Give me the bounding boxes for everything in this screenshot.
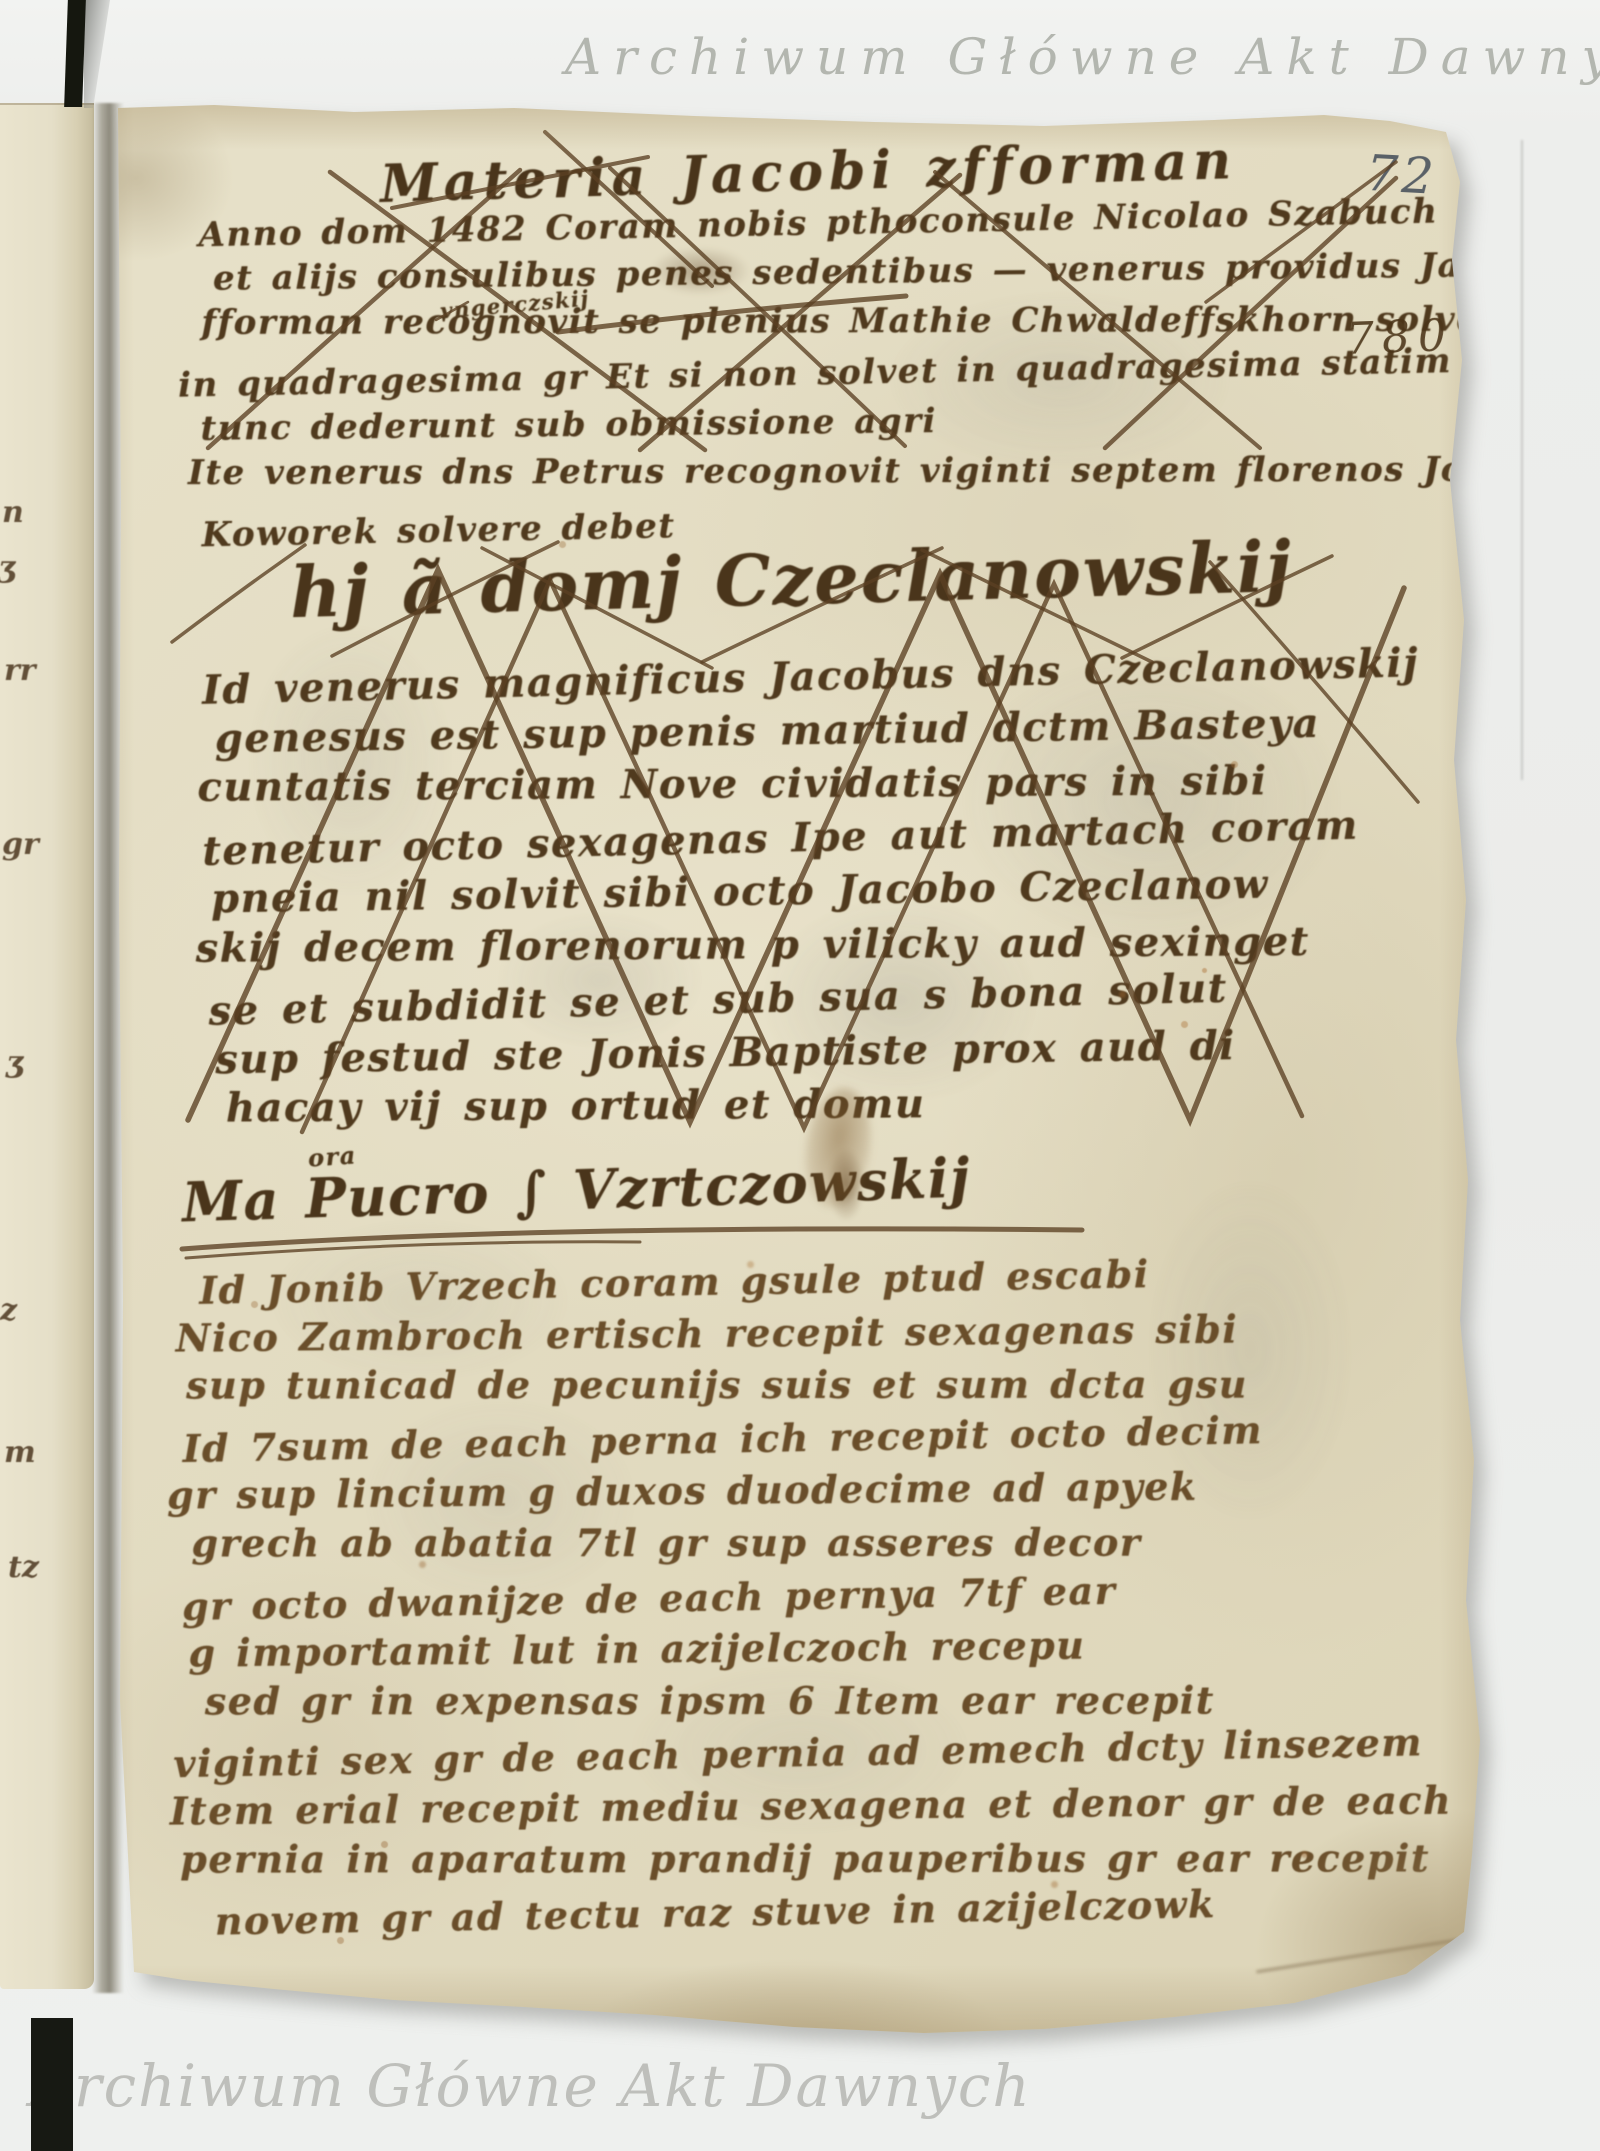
ink-blot: [652, 248, 748, 294]
foxing-specks: [0, 0, 5, 5]
left-page-ink-fragment: n: [2, 495, 24, 530]
left-page-ink-fragment: gr: [2, 827, 39, 862]
left-page-ink-fragment: ʒ: [0, 550, 15, 585]
ink-stain-core: [828, 1150, 864, 1220]
archive-watermark-bottom: Archiwum Główne Akt Dawnych: [30, 2052, 1032, 2120]
left-page-ink-fragment: m: [4, 1435, 36, 1470]
backing-paper-crease: [1521, 140, 1523, 780]
parchment: Materia Jacobi zfforman Anno dom 1482 Co…: [94, 100, 1494, 2045]
binding-strip-top: [64, 0, 86, 107]
binding-strip-shadow: [84, 0, 110, 108]
pencil-folio-number: 72: [1365, 144, 1440, 206]
left-page-ink-fragment: rr: [4, 653, 36, 688]
section-czeclanowski: Id venerus magnificus Jacobus dns Czecla…: [202, 642, 1426, 1140]
section-vzrtczowski: Id Jonib Vrzech coram gsule ptud escabi …: [165, 1248, 1453, 1943]
left-page-edge: n ʒ rr gr ʒ z m tz: [0, 103, 94, 1989]
manuscript-page: Materia Jacobi zfforman Anno dom 1482 Co…: [94, 100, 1494, 2045]
left-page-ink-fragment: ʒ: [6, 1045, 23, 1080]
left-page-ink-fragment: tz: [8, 1550, 39, 1585]
scan-root: n ʒ rr gr ʒ z m tz Materia Jacobi zfform…: [0, 0, 1600, 2151]
heading-superscript: ora: [307, 1140, 358, 1172]
left-page-ink-fragment: z: [0, 1293, 17, 1328]
archive-watermark-top: Archiwum Główne Akt Dawnych: [565, 28, 1600, 86]
binding-strip-bottom: [31, 2018, 73, 2151]
section-entry-1482: Anno dom 1482 Coram nobis pthoconsule Ni…: [198, 188, 1600, 554]
ink-folio-number: 780: [1345, 310, 1455, 365]
